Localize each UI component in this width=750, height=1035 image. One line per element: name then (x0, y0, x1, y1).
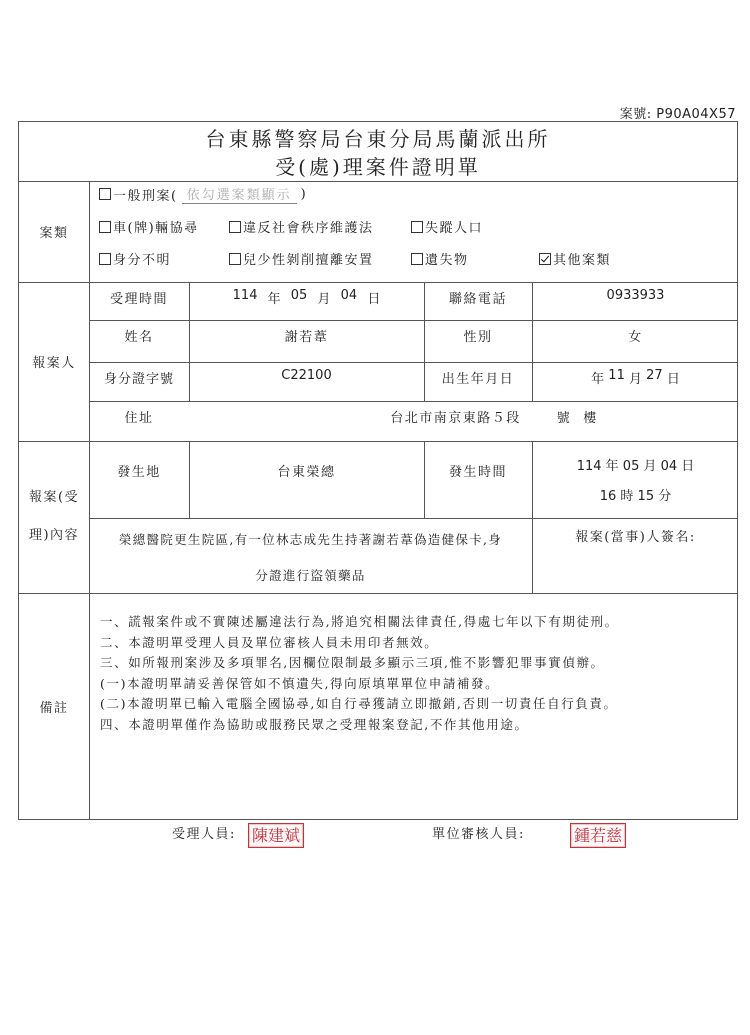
checkbox-icon[interactable] (99, 253, 111, 265)
birth-label: 出生年月日 (424, 362, 532, 401)
id-label: 身分證字號 (89, 362, 189, 401)
remark-line: 四、本證明單僅作為協助或服務民眾之受理報案登記,不作其他用途。 (100, 715, 619, 736)
checkbox-other-case[interactable]: 其他案類 (539, 249, 611, 268)
reviewer-label: 單位審核人員: (432, 823, 525, 842)
phone-label: 聯絡電話 (424, 282, 532, 320)
checkbox-child-exploitation[interactable]: 兒少性剝削擅離安置 (229, 249, 374, 268)
form-title-agency: 台東縣警察局台東分局馬蘭派出所 (19, 125, 737, 153)
event-time-value: 114 年 05 月 04 日 16 時 15 分 (532, 441, 739, 518)
form-title: 台東縣警察局台東分局馬蘭派出所 受(處)理案件證明單 (19, 122, 737, 182)
report-content-label: 報案(受 理)內容 (19, 441, 89, 593)
checkbox-icon[interactable] (411, 221, 423, 233)
remark-line: (二)本證明單已輸入電腦全國協尋,如自行尋獲請立即撤銷,否則一切責任自行負責。 (100, 694, 619, 715)
address-label: 住址 (89, 401, 189, 441)
accept-time-label: 受理時間 (89, 282, 189, 320)
checkbox-social-order[interactable]: 違反社會秩序維護法 (229, 217, 374, 236)
remark-line: 二、本證明單受理人員及單位審核人員未用印者無效。 (100, 633, 619, 654)
checkbox-lost-property[interactable]: 遺失物 (411, 249, 469, 268)
name-label: 姓名 (89, 320, 189, 362)
checkbox-icon[interactable] (99, 221, 111, 233)
officer-label: 受理人員: (172, 823, 236, 842)
id-value: C22100 (189, 362, 424, 401)
remark-line: 一、謊報案件或不實陳述屬違法行為,將追究相關法律責任,得處七年以下有期徒刑。 (100, 612, 619, 633)
birth-value: 年 11 月 27 日 (532, 362, 739, 401)
location-label: 發生地 (89, 441, 189, 518)
case-number-value: P90A04X57 (656, 107, 736, 122)
reviewer-stamp: 鍾若慈 (570, 823, 626, 848)
event-time-label: 發生時間 (424, 441, 532, 518)
checkbox-icon[interactable] (99, 188, 111, 200)
address-value: 台北市南京東路５段 號 樓 (189, 401, 739, 441)
remark-line: (一)本證明單請妥善保管如不慎遺失,得向原填單單位申請補發。 (100, 674, 619, 695)
checkbox-missing-person[interactable]: 失蹤人口 (411, 217, 483, 236)
gender-value: 女 (532, 320, 739, 362)
accept-time-value: 114 年 05 月 04 日 (189, 282, 424, 320)
checked-checkbox-icon[interactable] (539, 253, 551, 265)
reporter-section-label: 報案人 (19, 282, 89, 441)
general-criminal-placeholder: 依勾選案類顯示 (182, 184, 297, 204)
phone-value: 0933933 (532, 282, 739, 320)
name-value: 謝若葦 (189, 320, 424, 362)
officer-stamp: 陳建斌 (248, 823, 304, 848)
signature-label: 報案(當事)人簽名: (532, 518, 739, 593)
checkbox-icon[interactable] (411, 253, 423, 265)
checkbox-unknown-identity[interactable]: 身分不明 (99, 249, 171, 268)
remarks-label: 備註 (19, 593, 89, 820)
remark-line: 三、如所報刑案涉及多項罪名,因欄位限制最多顯示三項,惟不影響犯罪事實偵辦。 (100, 653, 619, 674)
location-value: 台東榮總 (189, 441, 424, 518)
remarks-list: 一、謊報案件或不實陳述屬違法行為,將追究相關法律責任,得處七年以下有期徒刑。 二… (100, 612, 619, 735)
narrative: 榮總醫院更生院區,有一位林志成先生持著謝若葦偽造健保卡,身 分證進行盜領藥品 (89, 518, 532, 593)
checkbox-icon[interactable] (229, 221, 241, 233)
gender-label: 性別 (424, 320, 532, 362)
checkbox-general-criminal[interactable]: 一般刑案( 依勾選案類顯示 ) (99, 184, 307, 204)
case-number: 案號: P90A04X57 (620, 103, 736, 122)
checkbox-icon[interactable] (229, 253, 241, 265)
case-number-label: 案號: (620, 107, 652, 122)
form-title-doc: 受(處)理案件證明單 (19, 153, 737, 181)
checkbox-vehicle-search[interactable]: 車(牌)輛協尋 (99, 217, 199, 236)
case-type-label: 案類 (19, 181, 89, 282)
